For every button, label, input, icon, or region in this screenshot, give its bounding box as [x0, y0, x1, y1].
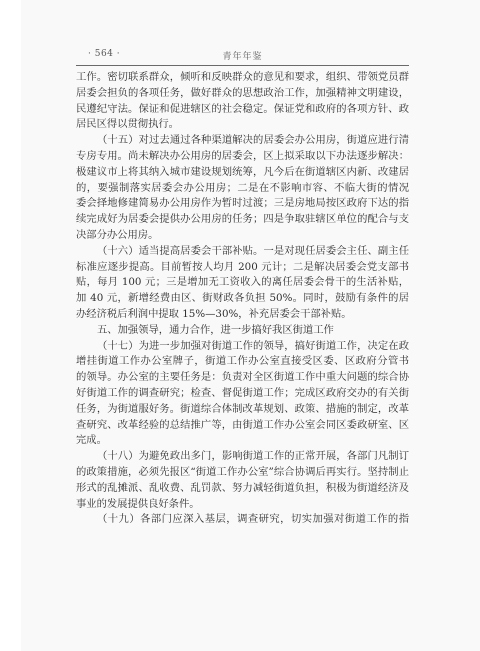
section-heading-5: 五、加强领导，通力合作，进一步搞好我区街道工作 — [76, 323, 409, 339]
text-line: 形式的乱摊派、乱收费、乱罚款、努力减轻街道负担，积极为街道经济及各项社会 — [76, 481, 409, 497]
text-line: 好街道工作的调查研究；检查、督促街道工作；完成区政府交办的有关街道工作 — [76, 386, 409, 402]
text-line: 决部分办公用房。 — [76, 228, 409, 244]
text-line: 委会择地修建简易办公用房作为暂时过渡；三是房地局按区政府下达的指标，继 — [76, 196, 409, 212]
paragraph-start-16: （十六）适当提高居委会干部补贴。一是对现任居委会主任、副主任的补贴 — [76, 244, 409, 260]
running-title: 青年年鉴 — [76, 49, 409, 62]
paragraph-start-19: （十九）各部门应深入基层，调查研究，切实加强对街道工作的指导、协调，主 — [76, 512, 409, 528]
text-line: 查研究、改革经验的总结推广等，由街道工作办公室会同区委政研室、区体改委 — [76, 418, 409, 434]
text-line: 专房专用。尚未解决办公用房的居委会，区上拟采取以下办法逐步解决：一是积 — [76, 149, 409, 165]
text-line: 的，要强制落实居委会办公用房；二是在不影响市容、不临大街的情况下，允许居 — [76, 181, 409, 197]
header-rule — [76, 65, 409, 66]
text-line: 续完成好为居委会提供办公用房的任务；四是争取驻辖区单位的配合与支持，解 — [76, 212, 409, 228]
text-line: 工作。密切联系群众，倾听和反映群众的意见和要求，组织、带领党员群众完成 — [76, 70, 409, 86]
paragraph-start-18: （十八）为避免政出多门，影响街道工作的正常开展，各部门凡制订涉及街道 — [76, 449, 409, 465]
text-line: 办经济税后利润中提取 15%—30%，补充居委会干部补贴。 — [76, 307, 409, 323]
paragraph-start-17: （十七）为进一步加强对街道工作的领导，搞好街道工作，决定在政府办公室 — [76, 339, 409, 355]
text-line: 标准应逐步提高。目前暂按人均月 200 元计；二是解决居委会党支部书记的补 — [76, 260, 409, 276]
text-line: 的政策措施，必须先报区“街道工作办公室”综合协调后再实行。坚持制止各种 — [76, 465, 409, 481]
text-line: 增挂街道工作办公室牌子，街道工作办公室直接受区委、区政府分管书记、区长 — [76, 354, 409, 370]
text-line: 居委会担负的各项任务，做好群众的思想政治工作，加强精神文明建设，教育居 — [76, 86, 409, 102]
text-line: 事业的发展提供良好条件。 — [76, 497, 409, 513]
text-line: 完成。 — [76, 433, 409, 449]
body-text: 工作。密切联系群众，倾听和反映群众的意见和要求，组织、带领党员群众完成 居委会担… — [76, 70, 409, 528]
text-line: 民遵纪守法。保证和促进辖区的社会稳定。保证党和政府的各项方针、政策在 — [76, 102, 409, 118]
text-line: 的领导。办公室的主要任务是：负责对全区街道工作中重大问题的综合协调；搞 — [76, 370, 409, 386]
text-line: 居民区得以贯彻执行。 — [76, 117, 409, 133]
page-header: · 564 · 青年年鉴 — [76, 48, 409, 64]
paragraph-start-15: （十五）对过去通过各种渠道解决的居委会办公用房，街道应进行清理，做到 — [76, 133, 409, 149]
text-line: 极建议市上将其纳入城市建设规划统筹，凡今后在街道辖区内新、改建居民住宅 — [76, 165, 409, 181]
text-line: 加 40 元，新增经费由区、街财政各负担 50%。同时，鼓励有条件的居委会从自 — [76, 291, 409, 307]
text-line: 贴，每月 100 元；三是增加无工资收入的离任居委会骨干的生活补贴，人均月增 — [76, 275, 409, 291]
text-line: 任务，为街道服好务。街道综合体制改革规划、政策、措施的制定，改革情况的调 — [76, 402, 409, 418]
